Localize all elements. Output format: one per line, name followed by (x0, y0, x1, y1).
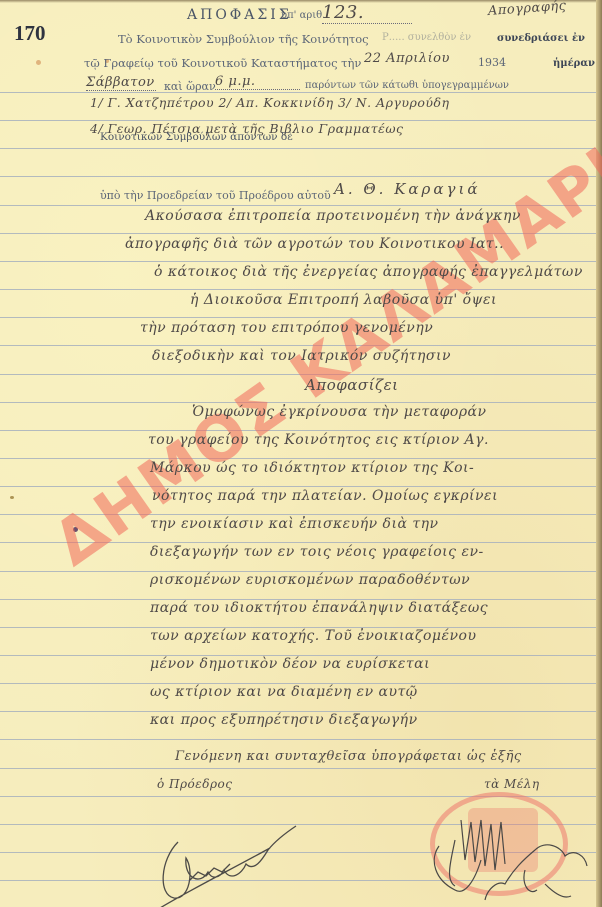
ruled-line (0, 148, 596, 149)
decision-heading: Αποφασίζει (305, 376, 399, 394)
ruled-line (0, 176, 596, 177)
president-name: Α. Θ. Καραγιά (334, 180, 480, 198)
body-line: ὁ κάτοικος διὰ τῆς ἐνεργείας ἀπογραφής ἐ… (154, 264, 583, 280)
decision-line: του γραφείου της Κοινότητος εις κτίριον … (148, 432, 489, 448)
decision-line: παρά του ιδιοκτήτου ἐπανάληψιν διατάξεως (150, 600, 488, 616)
decision-line: των αρχείων κατοχής. Τοῦ ἐνοικιαζομένου (150, 628, 476, 644)
ruled-line (0, 317, 596, 318)
ruled-line (0, 345, 596, 346)
decision-line: διεξαγωγήν των εν τοις νέοις γραφείοις ε… (150, 544, 484, 560)
ruled-line (0, 374, 596, 375)
official-seal-center (468, 808, 538, 872)
ruled-line (0, 739, 596, 740)
ruled-line (0, 768, 596, 769)
decision-line: και προς εξυπηρέτησιν διεξαγωγήν (150, 712, 418, 728)
council-line-2: τῷ Γραφείῳ τοῦ Κοινοτικοῦ Καταστήματος τ… (84, 56, 361, 70)
ruled-line (0, 402, 596, 403)
stain-mark (36, 60, 41, 65)
decision-number: 123. (322, 2, 412, 24)
members-present-line-1: 1/ Γ. Χατζηπέτρου 2/ Απ. Κοκκινίδη 3/ Ν.… (90, 95, 450, 110)
ruled-line (0, 205, 596, 206)
council-line-3-end: παρόντων τῶν κάτωθι ὑπογεγραμμένων (305, 80, 509, 91)
body-line: ἀπογραφῆς διὰ τῶν αγροτών του Κοινοτικου… (125, 236, 504, 252)
ruled-line (0, 458, 596, 459)
decision-line: Μάρκου ώς το ιδιόκτητον κτίριον της Κοι- (150, 460, 474, 476)
council-line-1-faded: Ρ..... συνελθὸν ἐν (382, 32, 471, 43)
ruled-line (0, 233, 596, 234)
body-line: διεξοδικὴν καὶ τον Ιατρικόν συζήτησιν (152, 348, 451, 364)
ruled-line (0, 486, 596, 487)
ruled-line (0, 514, 596, 515)
decision-number-label: υπ' αριθ. (281, 10, 325, 21)
decision-subject: Απογραφής (487, 0, 566, 19)
decision-line: την ενοικίασιν καὶ ἐπισκευήν διὰ την (150, 516, 439, 532)
council-line-2-end: ἡμέραν (553, 58, 595, 69)
decision-line: Ὁμοφώνως ἐγκρίνουσα τὴν μεταφοράν (192, 404, 487, 420)
ruled-line (0, 542, 596, 543)
document-page: ΔΗΜΟΣ ΚΑΛΑΜΑΡΙΑΣ 170 ΑΠΟΦΑΣΙΣ υπ' αριθ. … (0, 0, 602, 907)
body-line: τὴν πρόταση του επιτρόπου γενομένην (140, 320, 433, 336)
council-line-3-mid: καὶ ὥραν (164, 80, 216, 93)
decision-line: νότητος παρά την πλατείαν. Ομοίως εγκρίν… (152, 488, 498, 504)
ruled-line (0, 261, 596, 262)
members-label: τὰ Μέλη (484, 777, 540, 791)
president-label: ὁ Πρόεδρος (157, 777, 232, 791)
meeting-date: 22 Απριλίου (364, 51, 450, 66)
body-line: ἡ Διοικοῦσα Επιτροπή λαβοῦσα ὑπ' ὄψει (190, 292, 497, 308)
decision-title: ΑΠΟΦΑΣΙΣ (187, 7, 292, 23)
absent-members-label: Κοινοτικῶν Συμβούλων ἀπόντων δὲ (100, 131, 293, 143)
president-signature-icon (150, 820, 310, 907)
meeting-time: 6 μ.μ. (215, 74, 300, 90)
ruled-line (0, 430, 596, 431)
decision-line: ως κτίριον και να διαμένη εν αυτῷ (150, 684, 418, 700)
presidency-label: ὑπὸ τὴν Προεδρείαν τοῦ Προέδρου αὐτοῦ (100, 189, 331, 202)
meeting-day: Σάββατον (86, 75, 156, 91)
council-line-1: Τὸ Κοινοτικὸν Συμβούλιον τῆς Κοινότητος (118, 32, 369, 46)
ruled-line (0, 92, 596, 93)
meeting-year: 1934 (478, 56, 506, 69)
page-binding-edge (596, 0, 602, 907)
ink-dot (73, 527, 78, 532)
decision-line: ρισκομένων ευρισκομένων παραδοθέντων (150, 572, 470, 588)
stain-mark (10, 496, 14, 499)
ruled-line (0, 289, 596, 290)
council-line-1-end: συνεδριάσει ἐν (497, 33, 585, 44)
page-number: 170 (14, 21, 46, 46)
body-line: Ακούσασα ἐπιτροπεία προτεινομένη τὴν ἀνά… (145, 208, 521, 224)
decision-line: μένον δημοτικὸν δέον να ευρίσκεται (150, 656, 430, 672)
closing-line: Γενόμενη και συνταχθεῖσα ὑπογράφεται ὡς … (175, 749, 522, 764)
